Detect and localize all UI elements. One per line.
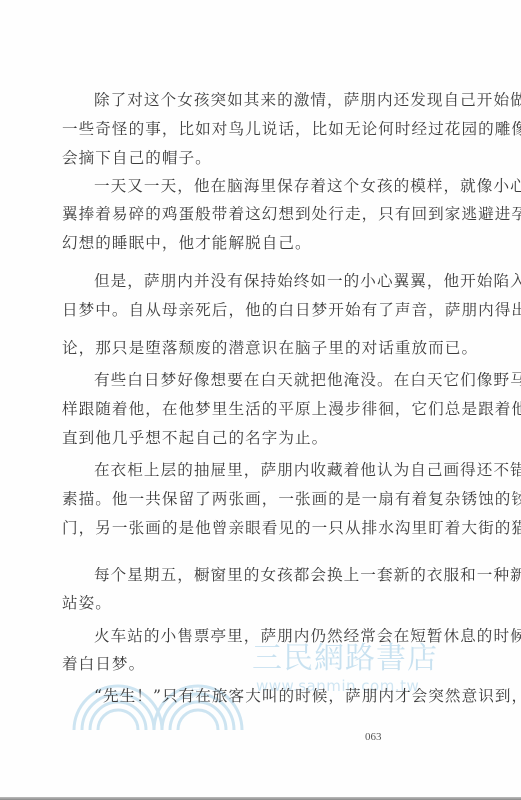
text-line: 翼捧着易碎的鸡蛋般带着这幻想到处行走，只有回到家逃避进孕育	[62, 204, 444, 224]
text-line: 站姿。	[62, 593, 444, 613]
text-line: 样跟随着他，在他梦里生活的平原上漫步徘徊，它们总是跟着他，	[62, 399, 444, 419]
text-line: 幻想的睡眠中，他才能解脱自己。	[62, 233, 444, 253]
paragraph-first-line: 一天又一天，他在脑海里保存着这个女孩的模样，就像小心翼	[94, 176, 444, 196]
text-line: 素描。他一共保留了两张画，一张画的是一扇有着复杂锈蚀的铰链	[62, 489, 444, 509]
book-page: 三 民 三民網路書店 www.sanmin.com.tw 除了对这个女孩突如其来…	[0, 0, 521, 800]
watermark: 三 民 三民網路書店 www.sanmin.com.tw	[66, 634, 446, 734]
text-line: 一些奇怪的事，比如对鸟儿说话，比如无论何时经过花园的雕像都	[62, 119, 444, 139]
paragraph-first-line: “先生！”只有在旅客大叫的时候，萨朋内才会突然意识到，这	[94, 686, 444, 706]
text-line: 论，那只是堕落颓废的潜意识在脑子里的对话重放而已。	[62, 338, 444, 358]
sanmin-logo-icon	[66, 634, 256, 734]
text-line: 日梦中。自从母亲死后，他的白日梦开始有了声音，萨朋内得出结	[62, 300, 444, 320]
paragraph-first-line: 有些白日梦好像想要在白天就把他淹没。在白天它们像野马一	[94, 370, 444, 390]
text-line: 门，另一张画的是他曾亲眼看见的一只从排水沟里盯着大街的猫。	[62, 518, 444, 538]
text-line: 直到他几乎想不起自己的名字为止。	[62, 428, 444, 448]
text-line: 着白日梦。	[62, 654, 444, 674]
paragraph-first-line: 但是，萨朋内并没有保持始终如一的小心翼翼，他开始陷入白	[94, 271, 444, 291]
page-number: 063	[365, 730, 382, 744]
text-line: 会摘下自己的帽子。	[62, 148, 444, 168]
paragraph-first-line: 火车站的小售票亭里，萨朋内仍然经常会在短暂休息的时候做	[94, 626, 444, 646]
paragraph-first-line: 除了对这个女孩突如其来的激情，萨朋内还发现自己开始做起	[94, 90, 444, 110]
paragraph-first-line: 在衣柜上层的抽屉里，萨朋内收藏着他认为自己画得还不错的	[94, 460, 444, 480]
paragraph-first-line: 每个星期五，橱窗里的女孩都会换上一套新的衣服和一种新的	[94, 565, 444, 585]
